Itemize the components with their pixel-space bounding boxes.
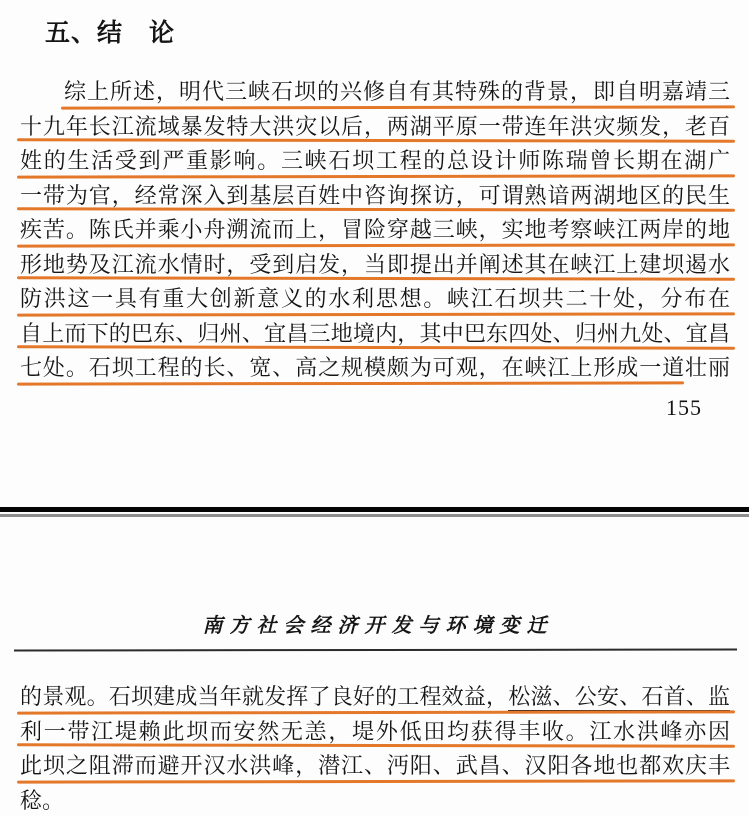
page-bottom-next-page: 南方社会经济开发与环境变迁 的景观。石坝建成当年就发挥了良好的工程效益，松滋、公… [0,517,749,816]
page-top-conclusion: 五、结 论 综上所述，明代三峡石坝的兴修自有其特殊的背景，即自明嘉靖三 十九年长… [0,0,749,421]
running-header: 南方社会经济开发与环境变迁 [0,613,749,639]
place-names-marked: 松滋、公安、石首、监 [508,684,730,712]
text-line: 防洪这一具有重大创新意义的水利思想。峡江石坝共二十处，分布在 [20,282,730,317]
page-divider [0,507,749,517]
text-line: 此坝之阻滞而避开汉水洪峰，潜江、沔阳、武昌、汉阳各地也都欢庆丰 [20,749,730,784]
text-segment: 的景观。石坝建成当年就发挥了良好的工程效益， [20,684,508,709]
text-line: 自上而下的巴东、归州、宜昌三地境内，其中巴东四处、归州九处、宜昌 [20,317,730,352]
text-line: 七处。石坝工程的长、宽、高之规模颇为可观，在峡江上形成一道壮丽 [20,351,730,386]
text-line: 综上所述，明代三峡石坝的兴修自有其特殊的背景，即自明嘉靖三 [20,75,730,110]
text-line: 一带为官，经常深入到基层百姓中咨询探访，可谓熟谙两湖地区的民生 [20,179,730,214]
scanned-book-spread: 五、结 论 综上所述，明代三峡石坝的兴修自有其特殊的背景，即自明嘉靖三 十九年长… [0,0,749,816]
text-line: 十九年长江流域暴发特大洪灾以后，两湖平原一带连年洪灾频发，老百 [20,110,730,145]
section-heading: 五、结 论 [45,17,749,49]
text-line: 利一带江堤赖此坝而安然无恙，堤外低田均获得丰收。江水洪峰亦因 [20,715,730,750]
text-line: 疾苦。陈氏并乘小舟溯流而上，冒险穿越三峡，实地考察峡江两岸的地 [20,213,730,248]
text-line: 姓的生活受到严重影响。三峡石坝工程的总设计师陈瑞曾长期在湖广 [20,144,730,179]
text-line: 稔。 [20,784,730,816]
running-header-rule [14,648,737,651]
text-line: 形地势及江流水情时，受到启发，当即提出并阐述其在峡江上建坝遏水 [20,248,730,283]
text-line: 的景观。石坝建成当年就发挥了良好的工程效益，松滋、公安、石首、监 [20,680,730,715]
continuation-paragraph: 的景观。石坝建成当年就发挥了良好的工程效益，松滋、公安、石首、监 利一带江堤赖此… [20,680,730,816]
page-number: 155 [0,395,749,421]
conclusion-paragraph: 综上所述，明代三峡石坝的兴修自有其特殊的背景，即自明嘉靖三 十九年长江流域暴发特… [20,75,730,386]
